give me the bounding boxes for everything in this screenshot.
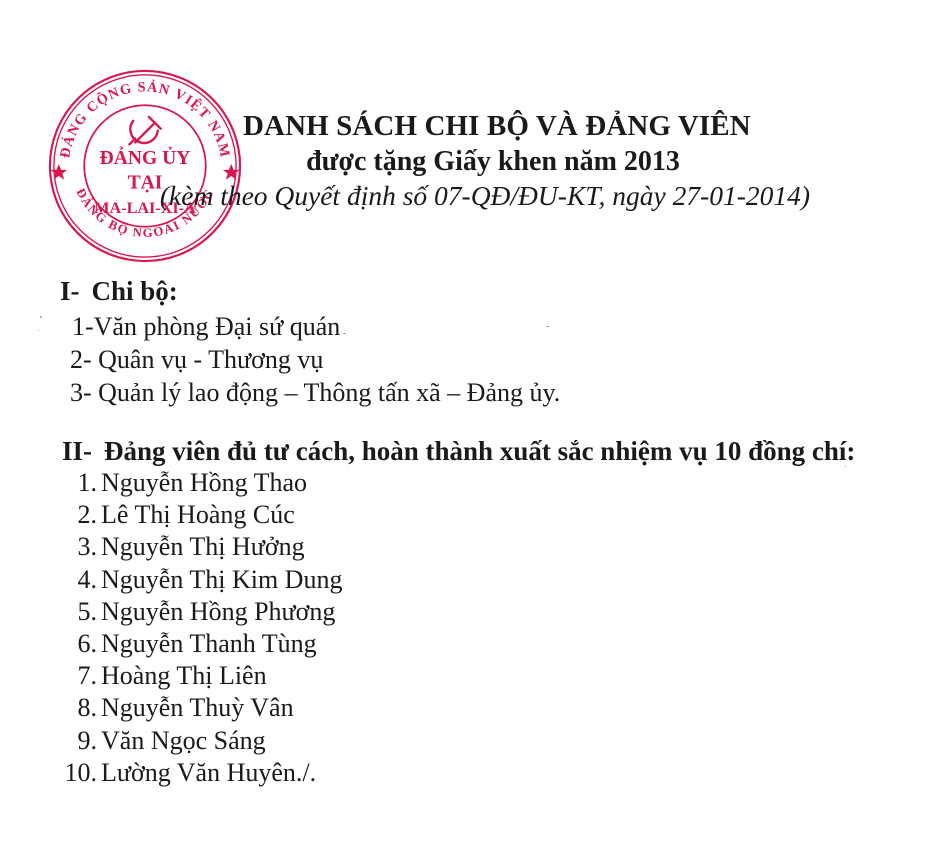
members-list: 1.Nguyễn Hồng Thao 2.Lê Thị Hoàng Cúc 3.… [71,467,342,789]
scan-speck [845,466,846,467]
member-number: 8. [71,692,97,724]
member-name: Nguyễn Thanh Tùng [101,629,317,658]
stamp-seal-icon: ĐẢNG CỘNG SẢN VIỆT NAM ĐẢNG BỘ NGOÀI NƯỚ… [47,66,243,262]
member-name: Nguyễn Hồng Phương [101,597,335,626]
member-item: 10.Lường Văn Huyên./. [71,757,342,789]
scan-speck [546,326,549,327]
scan-speck [40,316,42,318]
member-number: 5. [71,596,97,628]
member-item: 3.Nguyễn Thị Hưởng [71,531,342,563]
member-number: 9. [71,725,97,757]
scan-speck [343,333,346,334]
member-item: 6.Nguyễn Thanh Tùng [71,628,342,660]
section-members-roman: II- [62,436,92,467]
hammer-sickle-icon [129,117,160,144]
member-name: Nguyễn Thị Kim Dung [101,565,342,594]
member-number: 7. [71,660,97,692]
member-name: Lê Thị Hoàng Cúc [101,500,295,529]
official-stamp: ĐẢNG CỘNG SẢN VIỆT NAM ĐẢNG BỘ NGOÀI NƯỚ… [47,66,243,262]
member-item: 8.Nguyễn Thuỳ Vân [71,692,342,724]
star-icon-left [50,164,67,180]
unit-item: 2- Quân vụ - Thương vụ [70,343,560,376]
member-number: 10. [57,757,97,789]
member-item: 1.Nguyễn Hồng Thao [71,467,342,499]
stamp-center-line-1: ĐẢNG ỦY [100,147,191,169]
member-number: 2. [71,499,97,531]
document-title: DANH SÁCH CHI BỘ VÀ ĐẢNG VIÊN [243,110,743,143]
member-item: 4.Nguyễn Thị Kim Dung [71,564,342,596]
member-item: 5.Nguyễn Hồng Phương [71,596,342,628]
member-name: Nguyễn Thị Hưởng [101,532,305,561]
member-name: Nguyễn Hồng Thao [101,468,307,497]
unit-item: 1-Văn phòng Đại sứ quán [72,310,560,343]
member-number: 4. [71,564,97,596]
unit-item: 3- Quản lý lao động – Thông tấn xã – Đản… [70,376,560,409]
units-list: 1-Văn phòng Đại sứ quán 2- Quân vụ - Thư… [70,310,560,409]
member-number: 6. [71,628,97,660]
member-name: Nguyễn Thuỳ Vân [101,693,294,722]
section-members-heading: II-Đảng viên đủ tư cách, hoàn thành xuất… [62,436,855,467]
member-name: Lường Văn Huyên./. [101,758,316,787]
scan-speck [38,330,39,331]
section-units-heading: I-Chi bộ: [60,276,178,307]
member-item: 2.Lê Thị Hoàng Cúc [71,499,342,531]
star-icon-right [223,164,240,180]
member-number: 1. [71,467,97,499]
decision-reference: (kèm theo Quyết định số 07-QĐ/ĐU-KT, ngà… [150,180,820,212]
member-item: 7.Hoàng Thị Liên [71,660,342,692]
section-units-title: Chi bộ: [92,276,178,306]
member-name: Văn Ngọc Sáng [101,726,266,755]
document-subtitle: được tặng Giấy khen năm 2013 [243,146,743,178]
member-item: 9.Văn Ngọc Sáng [71,725,342,757]
section-members-title: Đảng viên đủ tư cách, hoàn thành xuất sắ… [104,436,855,466]
member-name: Hoàng Thị Liên [101,661,267,690]
member-number: 3. [71,531,97,563]
section-units-roman: I- [60,276,80,307]
